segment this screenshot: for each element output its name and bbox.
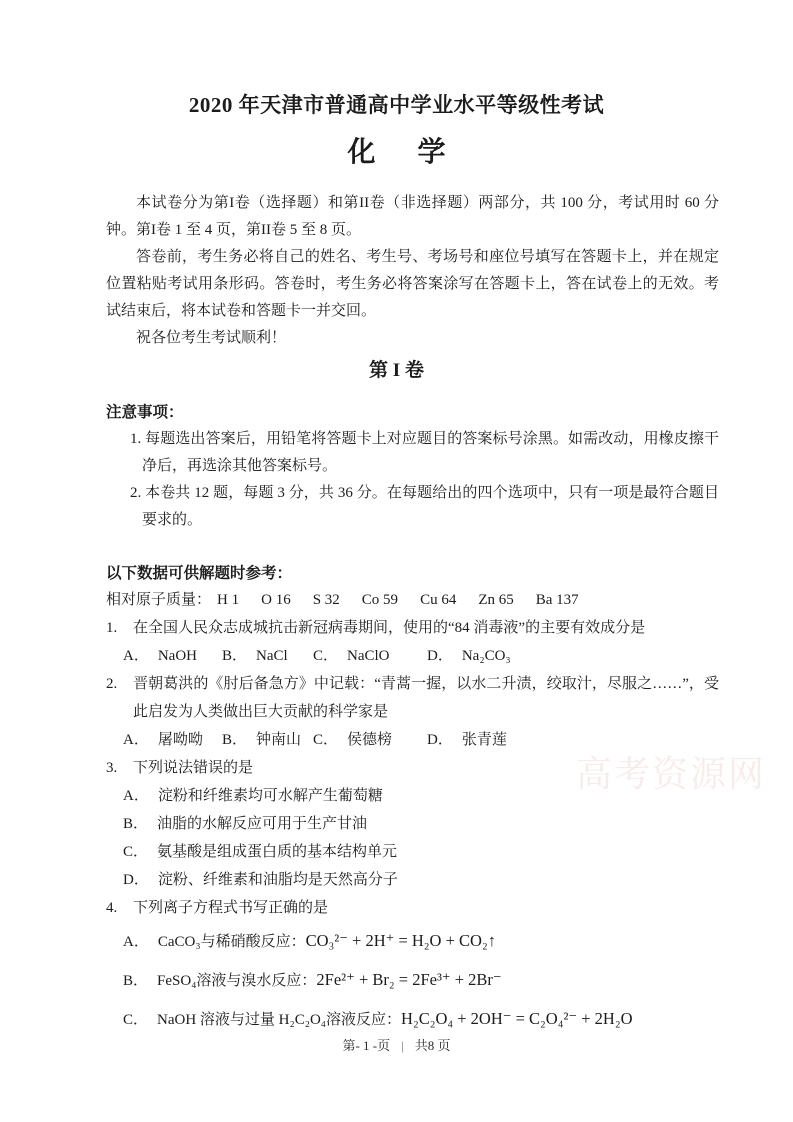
question-number: 2. (106, 670, 133, 698)
atomic-mass-item: Cu 64 (420, 587, 456, 614)
exam-paper-page: 2020 年天津市普通高中学业水平等级性考试 化 学 本试卷分为第I卷（选择题）… (0, 0, 793, 1122)
option-text: 侯德榜 (347, 732, 392, 748)
option-label: C． (123, 1012, 148, 1028)
option-equation: CO₃²⁻ + 2H⁺ = H₂O + CO₂↑ (306, 931, 496, 950)
option-b: B．油脂的水解反应可用于生产甘油 (123, 810, 705, 838)
option-b: B．NaCl (222, 642, 313, 670)
option-text: 淀粉、纤维素和油脂均是天然高分子 (158, 872, 398, 888)
option-label: C． (313, 648, 338, 664)
atomic-mass-row: 相对原子质量： H 1 O 16 S 32 Co 59 Cu 64 Zn 65 … (106, 587, 705, 614)
question-number: 1. (106, 614, 133, 642)
option-c: C．NaClO (313, 642, 427, 670)
footer-page-number: 第- 1 -页 (342, 1038, 390, 1053)
atomic-mass-item: O 16 (261, 587, 291, 614)
question-1: 1.在全国人民众志成城抗击新冠病毒期间，使用的“84 消毒液”的主要有效成分是 … (106, 614, 705, 670)
note-item-1: 1. 每题选出答案后，用铅笔将答题卡上对应题目的答案标号涂黑。如需改动，用橡皮擦… (106, 426, 719, 480)
option-label: B． (222, 648, 247, 664)
option-d: D．张青莲 (427, 726, 705, 754)
option-label: A． (123, 648, 149, 664)
option-text: NaOH (158, 648, 197, 664)
intro-paragraph-3: 祝各位考生考试顺利！ (106, 325, 719, 352)
option-text: CaCO₃与稀硝酸反应： (158, 934, 306, 950)
exam-title: 2020 年天津市普通高中学业水平等级性考试 (0, 90, 793, 120)
atomic-mass-item: H 1 (217, 587, 239, 614)
question-stem: 2.晋朝葛洪的《肘后备急方》中记载：“青蒿一握，以水二升渍，绞取汁，尽服之……”… (106, 670, 719, 726)
atomic-mass-item: Zn 65 (478, 587, 513, 614)
option-text: 淀粉和纤维素均可水解产生葡萄糖 (158, 788, 383, 804)
option-a: A．CaCO₃与稀硝酸反应：CO₃²⁻ + 2H⁺ = H₂O + CO₂↑ (123, 922, 705, 961)
question-stem: 1.在全国人民众志成城抗击新冠病毒期间，使用的“84 消毒液”的主要有效成分是 (106, 614, 719, 642)
option-text: 油脂的水解反应可用于生产甘油 (157, 816, 367, 832)
option-text: Na₂CO₃ (462, 648, 511, 664)
option-b: B．FeSO₄溶液与溴水反应：2Fe²⁺ + Br₂ = 2Fe³⁺ + 2Br… (123, 961, 705, 1000)
atomic-mass-item: S 32 (313, 587, 340, 614)
option-a: A．NaOH (123, 642, 222, 670)
option-equation: H₂C₂O₄ + 2OH⁻ = C₂O₄²⁻ + 2H₂O (401, 1009, 632, 1028)
option-text: NaClO (347, 648, 390, 664)
option-a: A．淀粉和纤维素均可水解产生葡萄糖 (123, 782, 705, 810)
option-b: B．钟南山 (222, 726, 313, 754)
option-text: NaCl (256, 648, 288, 664)
option-c: C．氨基酸是组成蛋白质的基本结构单元 (123, 838, 705, 866)
section-1-heading: 第 I 卷 (0, 357, 793, 385)
question-stem-text: 在全国人民众志成城抗击新冠病毒期间，使用的“84 消毒液”的主要有效成分是 (133, 620, 645, 636)
option-label: A． (123, 732, 149, 748)
question-3: 3.下列说法错误的是 A．淀粉和纤维素均可水解产生葡萄糖 B．油脂的水解反应可用… (106, 754, 705, 894)
question-stem: 3.下列说法错误的是 (106, 754, 719, 782)
option-text: FeSO₄溶液与溴水反应： (157, 973, 316, 989)
option-label: B． (123, 973, 148, 989)
option-d: D．Na₂CO₃ (427, 642, 705, 670)
option-text: 氨基酸是组成蛋白质的基本结构单元 (157, 844, 397, 860)
option-label: D． (123, 872, 149, 888)
exam-subject-title: 化 学 (0, 135, 793, 171)
question-options: A．NaOH B．NaCl C．NaClO D．Na₂CO₃ (123, 642, 705, 670)
option-label: D． (427, 648, 453, 664)
question-stem-text: 下列说法错误的是 (133, 760, 253, 776)
reference-data-heading: 以下数据可供解题时参考： (106, 560, 705, 587)
question-number: 3. (106, 754, 133, 782)
footer-separator: | (401, 1038, 404, 1053)
question-2: 2.晋朝葛洪的《肘后备急方》中记载：“青蒿一握，以水二升渍，绞取汁，尽服之……”… (106, 670, 705, 754)
intro-paragraph-1: 本试卷分为第I卷（选择题）和第II卷（非选择题）两部分，共 100 分，考试用时… (106, 190, 719, 244)
option-label: B． (222, 732, 247, 748)
notes-heading: 注意事项： (106, 399, 705, 426)
question-options: A．屠呦呦 B．钟南山 C．侯德榜 D．张青莲 (123, 726, 705, 754)
intro-section: 本试卷分为第I卷（选择题）和第II卷（非选择题）两部分，共 100 分，考试用时… (106, 190, 705, 352)
intro-paragraph-2: 答卷前，考生务必将自己的姓名、考生号、考场号和座位号填写在答题卡上，并在规定位置… (106, 244, 719, 325)
option-text: NaOH 溶液与过量 H₂C₂O₄溶液反应： (157, 1012, 401, 1028)
option-c: C．NaOH 溶液与过量 H₂C₂O₄溶液反应：H₂C₂O₄ + 2OH⁻ = … (123, 1000, 705, 1039)
question-stem-text: 下列离子方程式书写正确的是 (133, 900, 328, 916)
atomic-mass-item: Co 59 (362, 587, 398, 614)
atomic-mass-item: Ba 137 (536, 587, 579, 614)
option-label: C． (313, 732, 338, 748)
option-text: 张青莲 (462, 732, 507, 748)
option-equation: 2Fe²⁺ + Br₂ = 2Fe³⁺ + 2Br⁻ (316, 970, 501, 989)
option-a: A．屠呦呦 (123, 726, 222, 754)
note-item-2: 2. 本卷共 12 题，每题 3 分，共 36 分。在每题给出的四个选项中，只有… (106, 480, 719, 534)
option-text: 屠呦呦 (158, 732, 203, 748)
option-d: D．淀粉、纤维素和油脂均是天然高分子 (123, 866, 705, 894)
option-label: A． (123, 934, 149, 950)
option-text: 钟南山 (256, 732, 301, 748)
atomic-mass-label: 相对原子质量： (106, 587, 211, 614)
page-footer: 第- 1 -页|共8 页 (0, 1036, 793, 1056)
option-label: B． (123, 816, 148, 832)
question-stem-text: 晋朝葛洪的《肘后备急方》中记载：“青蒿一握，以水二升渍，绞取汁，尽服之……”，受… (133, 676, 719, 720)
footer-total-pages: 共8 页 (415, 1038, 451, 1053)
option-label: C． (123, 844, 148, 860)
option-label: A． (123, 788, 149, 804)
option-label: D． (427, 732, 453, 748)
question-stem: 4.下列离子方程式书写正确的是 (106, 894, 719, 922)
option-c: C．侯德榜 (313, 726, 427, 754)
question-4: 4.下列离子方程式书写正确的是 A．CaCO₃与稀硝酸反应：CO₃²⁻ + 2H… (106, 894, 705, 1039)
question-number: 4. (106, 894, 133, 922)
